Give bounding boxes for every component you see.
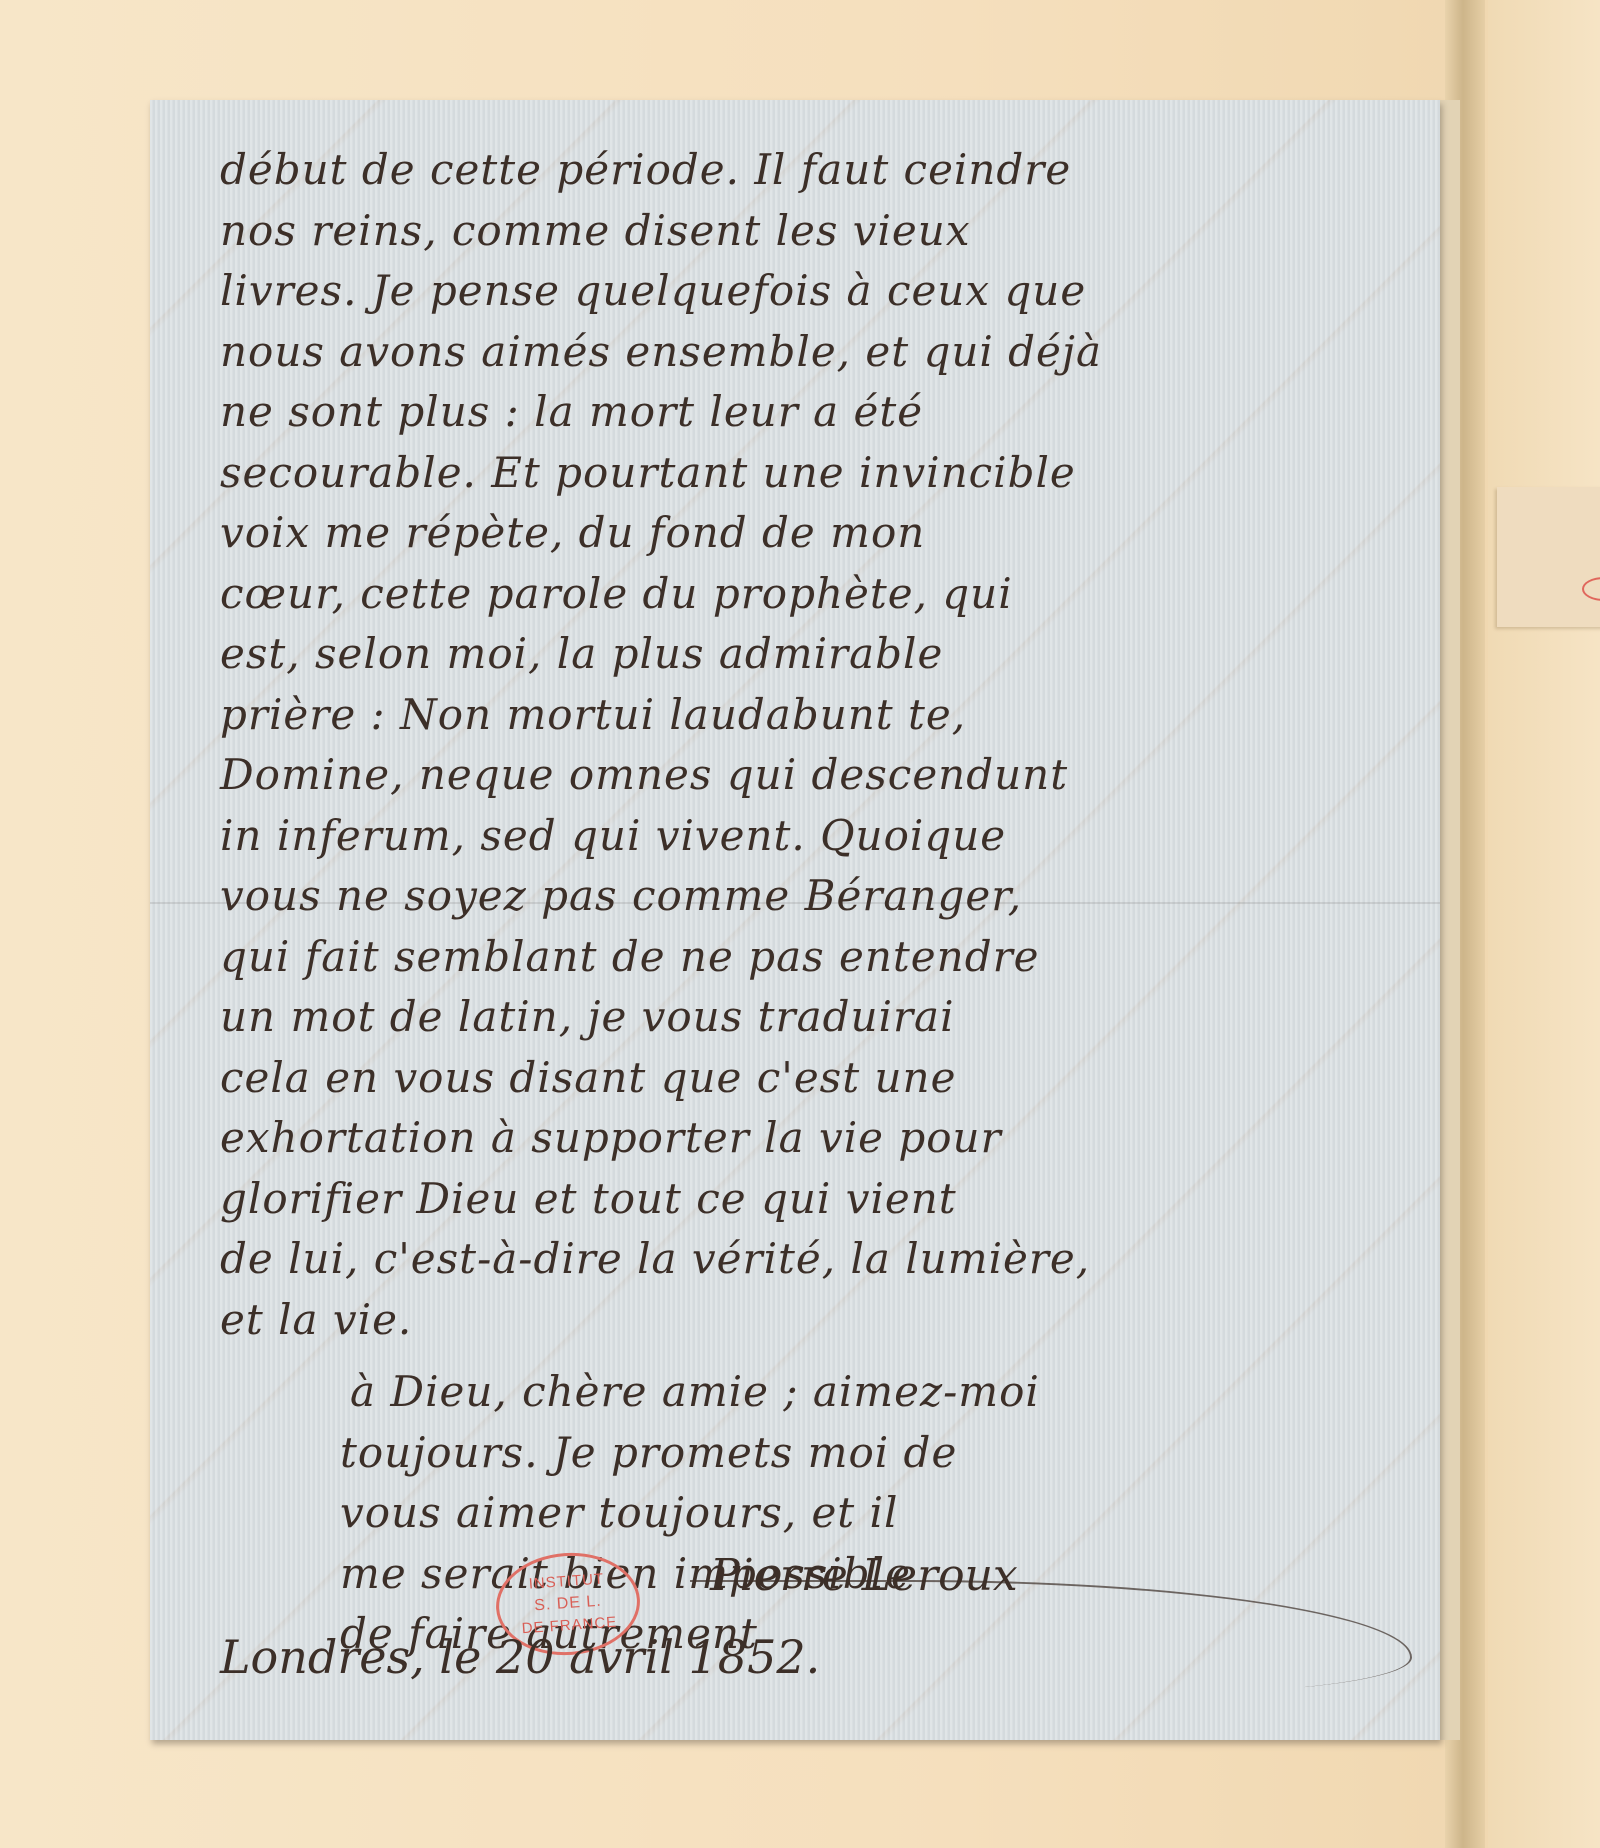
letter-line: livres. Je pense quelquefois à ceux que: [220, 261, 1400, 322]
letter-line-latin: prière : Non mortui laudabunt te,: [220, 685, 1400, 746]
closing-line: à Dieu, chère amie ; aimez-moi: [220, 1362, 1400, 1423]
letter-line-latin: in inferum, sed qui vivent. Quoique: [220, 806, 1400, 867]
signature: Pierre Leroux: [710, 1550, 1018, 1601]
letter-line: nos reins, comme disent les vieux: [220, 201, 1400, 262]
letter-line: nous avons aimés ensemble, et qui déjà: [220, 322, 1400, 383]
letter-line: cela en vous disant que c'est une: [220, 1048, 1400, 1109]
dateline: Londres, le 20 avril 1852.: [220, 1630, 820, 1684]
letter-sheet: début de cette période. Il faut ceindre …: [150, 100, 1440, 1740]
letter-line: cœur, cette parole du prophète, qui: [220, 564, 1400, 625]
letter-line: et la vie.: [220, 1290, 1400, 1351]
letter-line: un mot de latin, je vous traduirai: [220, 987, 1400, 1048]
tipped-in-slip: [1497, 487, 1600, 627]
letter-line: exhortation à supporter la vie pour: [220, 1108, 1400, 1169]
letter-line: de lui, c'est-à-dire la vérité, la lumiè…: [220, 1229, 1400, 1290]
letter-line: glorifier Dieu et tout ce qui vient: [220, 1169, 1400, 1230]
letter-line: vous ne soyez pas comme Béranger,: [220, 866, 1400, 927]
letter-body: début de cette période. Il faut ceindre …: [220, 140, 1400, 1665]
letter-line-latin: Domine, neque omnes qui descendunt: [220, 745, 1400, 806]
letter-line: début de cette période. Il faut ceindre: [220, 140, 1400, 201]
letter-line: ne sont plus : la mort leur a été: [220, 382, 1400, 443]
letter-line: qui fait semblant de ne pas entendre: [220, 927, 1400, 988]
letter-line: secourable. Et pourtant une invincible: [220, 443, 1400, 504]
letter-line: voix me répète, du fond de mon: [220, 503, 1400, 564]
closing-line: vous aimer toujours, et il: [220, 1483, 1400, 1544]
closing-line: toujours. Je promets moi de: [220, 1423, 1400, 1484]
slip-stamp-icon: [1582, 577, 1600, 601]
mount-strip: [1438, 100, 1460, 1740]
facing-page: [1488, 0, 1600, 1848]
letter-line: est, selon moi, la plus admirable: [220, 624, 1400, 685]
